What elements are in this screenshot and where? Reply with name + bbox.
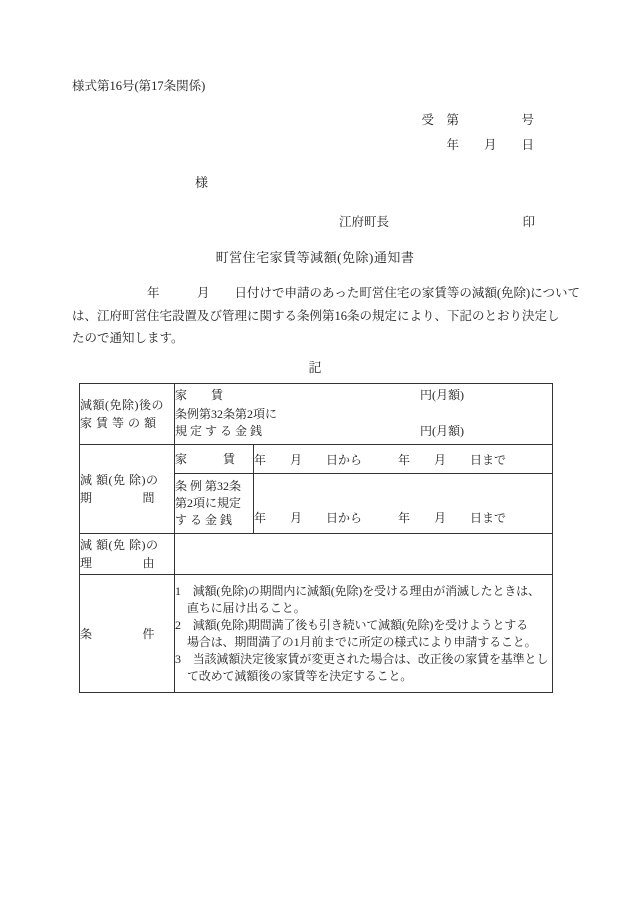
seal-mark: 印 bbox=[522, 212, 535, 230]
condition-line: て改めて減額後の家賃等を決定すること。 bbox=[175, 668, 552, 685]
rent-amount-line: 家 賃 円(月額) bbox=[175, 387, 552, 405]
condition-line: 2 減額(免除)期間満了後も引き続いて減額(免除)を受けようとする bbox=[175, 617, 552, 634]
body-paragraph: 年 月 日付けで申請のあった町営住宅の家賃等の減額(免除)については、江府町営住… bbox=[72, 282, 580, 350]
paragraph-line: は、江府町営住宅設置及び管理に関する条例第16条の規定により、下記のとおり決定し bbox=[72, 305, 580, 328]
table-row-conditions: 条 件 1 減額(免除)の期間内に減額(免除)を受ける理由が消滅したときは、直ち… bbox=[80, 575, 553, 693]
statute-amount-label: 条例第32条第2項に 規 定 す る 金 銭 bbox=[175, 406, 420, 441]
conditions-row-value: 1 減額(免除)の期間内に減額(免除)を受ける理由が消滅したときは、直ちに届け出… bbox=[175, 575, 553, 693]
condition-line: 3 当該減額決定後家賃が変更された場合は、改正後の家賃を基準とし bbox=[175, 651, 552, 668]
period-rent-label: 家 賃 bbox=[175, 445, 254, 474]
condition-item: 1 減額(免除)の期間内に減額(免除)を受ける理由が消滅したときは、直ちに届け出… bbox=[175, 583, 552, 617]
period-rent-range: 年 月 日から 年 月 日まで bbox=[254, 445, 553, 474]
table-row-amount: 減額(免除)後の 家 賃 等 の 額 家 賃 円(月額) 条例第32条第2項に … bbox=[80, 384, 553, 445]
period-row-label: 減 額(免 除)の 期 間 bbox=[80, 445, 175, 534]
receipt-number-line: 受 第 号 bbox=[421, 108, 534, 133]
reason-row-value bbox=[175, 534, 553, 575]
conditions-row-label: 条 件 bbox=[80, 575, 175, 693]
table-row-reason: 減 額(免 除)の 理 由 bbox=[80, 534, 553, 575]
record-heading: 記 bbox=[0, 357, 630, 376]
rent-amount-unit: 円(月額) bbox=[420, 387, 552, 405]
condition-line: 直ちに届け出ること。 bbox=[175, 600, 552, 617]
period-statute-label: 条 例 第32条 第2項に規定 す る 金 銭 bbox=[175, 474, 254, 534]
receipt-block: 受 第 号 年 月 日 bbox=[421, 108, 534, 158]
rent-amount-label: 家 賃 bbox=[175, 387, 420, 405]
paragraph-line: 年 月 日付けで申請のあった町営住宅の家賃等の減額(免除)について bbox=[72, 282, 580, 305]
paragraph-line: たので通知します。 bbox=[72, 327, 580, 350]
condition-item: 2 減額(免除)期間満了後も引き続いて減額(免除)を受けようとする場合は、期間満… bbox=[175, 617, 552, 651]
amount-row-label: 減額(免除)後の 家 賃 等 の 額 bbox=[80, 384, 175, 445]
form-number: 様式第16号(第17条関係) bbox=[72, 76, 205, 94]
document-title: 町営住宅家賃等減額(免除)通知書 bbox=[0, 247, 630, 266]
reason-row-label: 減 額(免 除)の 理 由 bbox=[80, 534, 175, 575]
notice-document-page: 様式第16号(第17条関係) 受 第 号 年 月 日 様 江府町長 印 町営住宅… bbox=[0, 0, 630, 903]
statute-amount-line: 条例第32条第2項に 規 定 す る 金 銭 円(月額) bbox=[175, 406, 552, 441]
condition-line: 場合は、期間満了の1月前までに所定の様式により申請すること。 bbox=[175, 634, 552, 651]
amount-row-value: 家 賃 円(月額) 条例第32条第2項に 規 定 す る 金 銭 円(月額) bbox=[175, 384, 553, 445]
notice-table: 減額(免除)後の 家 賃 等 の 額 家 賃 円(月額) 条例第32条第2項に … bbox=[79, 383, 553, 693]
statute-amount-unit: 円(月額) bbox=[420, 423, 552, 441]
condition-line: 1 減額(免除)の期間内に減額(免除)を受ける理由が消滅したときは、 bbox=[175, 583, 552, 600]
receipt-date-line: 年 月 日 bbox=[421, 133, 534, 158]
condition-item: 3 当該減額決定後家賃が変更された場合は、改正後の家賃を基準として改めて減額後の… bbox=[175, 651, 552, 685]
issuer-line: 江府町長 印 bbox=[339, 212, 535, 230]
issuer-name: 江府町長 bbox=[339, 212, 389, 230]
addressee-honorific: 様 bbox=[195, 172, 208, 191]
period-statute-range: 年 月 日から 年 月 日まで bbox=[254, 474, 553, 534]
table-row-period-rent: 減 額(免 除)の 期 間 家 賃 年 月 日から 年 月 日まで bbox=[80, 445, 553, 474]
